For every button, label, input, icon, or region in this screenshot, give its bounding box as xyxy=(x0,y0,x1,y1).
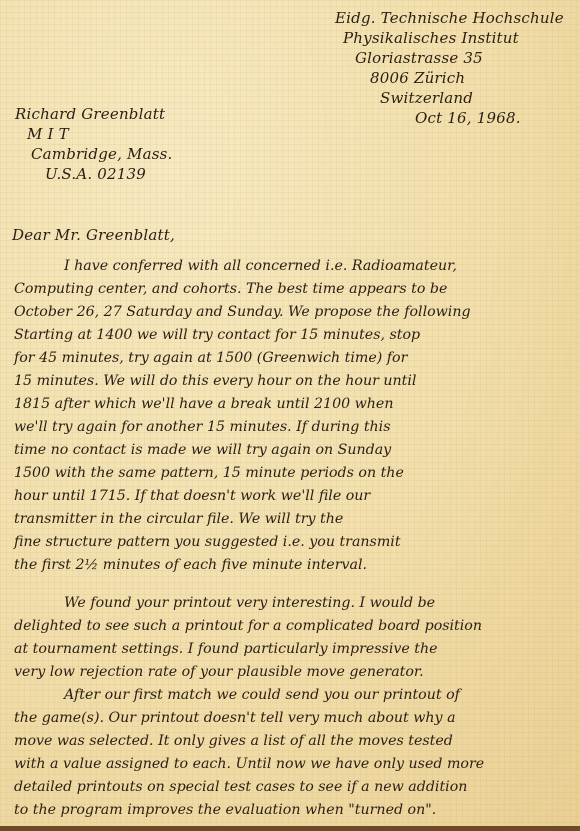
text-line: After our first match we could send you … xyxy=(14,684,484,707)
sender-line: 8006 Zürich xyxy=(370,68,564,88)
recipient-line: Cambridge, Mass. xyxy=(31,144,173,164)
text-line: to the program improves the evaluation w… xyxy=(14,799,484,822)
text-line: very low rejection rate of your plausibl… xyxy=(14,661,482,684)
text-line: Starting at 1400 we will try contact for… xyxy=(14,324,471,347)
sender-line: Gloriastrasse 35 xyxy=(355,48,564,68)
text-line: move was selected. It only gives a list … xyxy=(14,730,484,753)
recipient-line: M I T xyxy=(27,124,173,144)
text-line: we'll try again for another 15 minutes. … xyxy=(14,416,471,439)
text-line: fine structure pattern you suggested i.e… xyxy=(14,531,471,554)
text-line: 15 minutes. We will do this every hour o… xyxy=(14,370,471,393)
paragraph-1: I have conferred with all concerned i.e.… xyxy=(14,255,471,577)
paper-edge xyxy=(0,826,580,831)
text-line: hour until 1715. If that doesn't work we… xyxy=(14,485,471,508)
text-line: I have conferred with all concerned i.e.… xyxy=(14,255,471,278)
text-line: 1815 after which we'll have a break unti… xyxy=(14,393,471,416)
text-line: for 45 minutes, try again at 1500 (Green… xyxy=(14,347,471,370)
letter-date: Oct 16, 1968. xyxy=(415,108,564,128)
salutation: Dear Mr. Greenblatt, xyxy=(12,226,175,244)
text-line: the first 2½ minutes of each five minute… xyxy=(14,554,471,577)
text-line: transmitter in the circular file. We wil… xyxy=(14,508,471,531)
sender-line: Switzerland xyxy=(380,88,564,108)
text-line: delighted to see such a printout for a c… xyxy=(14,615,482,638)
text-line: detailed printouts on special test cases… xyxy=(14,776,484,799)
text-line: the game(s). Our printout doesn't tell v… xyxy=(14,707,484,730)
recipient-address: Richard Greenblatt M I T Cambridge, Mass… xyxy=(15,104,173,184)
sender-line: Physikalisches Institut xyxy=(343,28,564,48)
text-line: We found your printout very interesting.… xyxy=(14,592,482,615)
text-line: time no contact is made we will try agai… xyxy=(14,439,471,462)
text-line: Computing center, and cohorts. The best … xyxy=(14,278,471,301)
recipient-line: U.S.A. 02139 xyxy=(45,164,173,184)
text-line: October 26, 27 Saturday and Sunday. We p… xyxy=(14,301,471,324)
sender-address: Eidg. Technische Hochschule Physikalisch… xyxy=(335,8,564,128)
text-line: at tournament settings. I found particul… xyxy=(14,638,482,661)
text-line: with a value assigned to each. Until now… xyxy=(14,753,484,776)
recipient-line: Richard Greenblatt xyxy=(15,104,173,124)
text-line: 1500 with the same pattern, 15 minute pe… xyxy=(14,462,471,485)
sender-line: Eidg. Technische Hochschule xyxy=(335,8,564,28)
paragraph-3: After our first match we could send you … xyxy=(14,684,484,822)
paragraph-2: We found your printout very interesting.… xyxy=(14,592,482,684)
